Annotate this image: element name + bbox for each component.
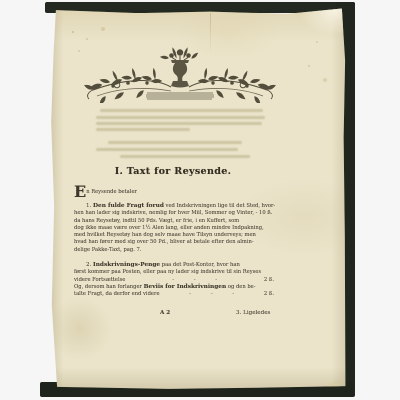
foxing-spots [72, 31, 74, 33]
book-page: I. Taxt for Reysende. En Reysende betale… [50, 7, 346, 390]
text-column: En Reysende betaler 1. Den fulde Fragt f… [74, 185, 274, 319]
paragraph-1-line-6: hvad han fører med sig over 50 Pd., bliv… [74, 239, 274, 246]
paragraph-1: 1. Den fulde Fragt forud ved Indskrivnin… [74, 203, 274, 254]
footer-line: A 2 3. Ligeledes [74, 310, 274, 319]
photo-of-antique-document: I. Taxt for Reysende. En Reysende betale… [0, 0, 400, 400]
floral-headpiece-ornament [83, 47, 277, 103]
drop-cap: E [74, 182, 86, 201]
paragraph-2-price-line-1: videre Fortsættelse - - - 2 ß. [74, 277, 274, 284]
paragraph-1-line-3: da hans Reysetøy, indtil 50 Pds. Vægt, e… [74, 218, 274, 225]
paragraph-2-line-2: først kommer paa Posten, eller paa ny la… [74, 269, 274, 276]
page-title: I. Taxt for Reysende. [74, 166, 272, 177]
intro-text: n Reysende betaler [86, 189, 137, 195]
price-value: 2 ß. [264, 291, 274, 298]
paragraph-1-line-7: delige Pakke-Taxt, pag. 7. [74, 247, 274, 254]
catchword: 3. Ligeledes [236, 310, 270, 317]
paragraph-1-line-2: hen han lader sig indskrive, nemlig for … [74, 210, 274, 217]
book-cover-top-edge [45, 2, 355, 13]
paragraph-2: 2. Indskrivnings-Penge paa det Post-Kont… [74, 262, 274, 298]
signature-mark: A 2 [160, 310, 170, 317]
price-value: 2 ß. [264, 277, 274, 284]
intro-line: En Reysende betaler [74, 185, 274, 203]
paragraph-2-price-line-2: talte Fragt, da derfor end videre - - - … [74, 291, 274, 298]
left-garland [85, 69, 171, 103]
right-garland [189, 69, 275, 103]
